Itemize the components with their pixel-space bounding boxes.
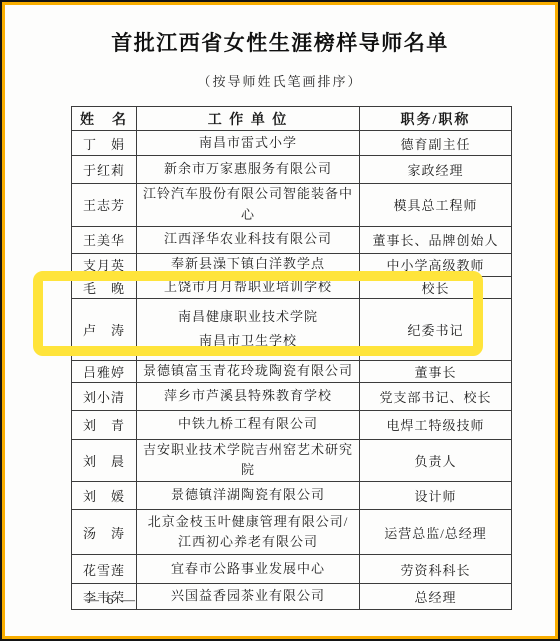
- table-row: 李韦荣 兴国益香园茶业有限公司 总经理: [72, 584, 512, 610]
- name-cell: 卢 涛: [72, 298, 137, 360]
- table-header-row: 姓 名 工 作 单 位 职务/职称: [72, 107, 512, 131]
- title-cell: 模具总工程师: [360, 184, 512, 227]
- name-cell: 刘 青: [72, 410, 137, 439]
- mentor-table: 姓 名 工 作 单 位 职务/职称 丁 娟 南昌市雷式小学 德育副主任 于红莉 …: [71, 106, 512, 610]
- title-cell: 电焊工特级技师: [360, 410, 512, 439]
- table-row: 刘 媛 景德镇洋湖陶瓷有限公司 设计师: [72, 482, 512, 510]
- unit-cell: 吉安职业技术学院吉州窑艺术研究院: [137, 439, 360, 482]
- unit-cell: 上饶市月月帮职业培训学校: [137, 276, 360, 298]
- title-cell: 党支部书记、校长: [360, 382, 512, 410]
- unit-cell: 宜春市公路事业发展中心: [137, 555, 360, 584]
- name-cell: 毛 晚: [72, 276, 137, 298]
- unit-cell: 奉新县澡下镇白洋教学点: [137, 253, 360, 276]
- unit-cell: 新余市万家惠服务有限公司: [137, 156, 360, 184]
- title-cell: 中小学高级教师: [360, 253, 512, 276]
- name-cell: 刘 媛: [72, 482, 137, 510]
- table-row-highlighted: 卢 涛 南昌健康职业技术学院 南昌市卫生学校 纪委书记: [72, 298, 512, 360]
- name-cell: 花雪莲: [72, 555, 137, 584]
- document-title: 首批江西省女性生涯榜样导师名单: [0, 27, 560, 57]
- name-cell: 刘 晨: [72, 439, 137, 482]
- title-cell: 纪委书记: [360, 298, 512, 360]
- table-row: 于红莉 新余市万家惠服务有限公司 家政经理: [72, 156, 512, 184]
- table-row: 丁 娟 南昌市雷式小学 德育副主任: [72, 131, 512, 156]
- title-cell: 董事长、品牌创始人: [360, 226, 512, 253]
- unit-cell: 中铁九桥工程有限公司: [137, 410, 360, 439]
- unit-cell: 景德镇富玉青花玲珑陶瓷有限公司: [137, 360, 360, 382]
- name-cell: 丁 娟: [72, 131, 137, 156]
- table-row: 支月英 奉新县澡下镇白洋教学点 中小学高级教师: [72, 253, 512, 276]
- table-row: 汤 涛 北京金枝玉叶健康管理有限公司/ 江西初心养老有限公司 运营总监/总经理: [72, 510, 512, 555]
- unit-cell: 萍乡市芦溪县特殊教育学校: [137, 382, 360, 410]
- title-cell: 运营总监/总经理: [360, 510, 512, 555]
- page-number: — 6 —: [85, 593, 137, 609]
- table-row: 王志芳 江铃汽车股份有限公司智能装备中心 模具总工程师: [72, 184, 512, 227]
- unit-cell: 南昌健康职业技术学院 南昌市卫生学校: [137, 298, 360, 360]
- title-cell: 董事长: [360, 360, 512, 382]
- name-cell: 支月英: [72, 253, 137, 276]
- header-work-unit: 工 作 单 位: [137, 107, 360, 131]
- table-row-partially-covered: 毛 晚 上饶市月月帮职业培训学校 校长: [72, 276, 512, 298]
- title-cell: 校长: [360, 276, 512, 298]
- title-cell: 设计师: [360, 482, 512, 510]
- unit-cell: 北京金枝玉叶健康管理有限公司/ 江西初心养老有限公司: [137, 510, 360, 555]
- table-row: 刘 晨 吉安职业技术学院吉州窑艺术研究院 负责人: [72, 439, 512, 482]
- name-cell: 刘小清: [72, 382, 137, 410]
- table-row: 吕雅婷 景德镇富玉青花玲珑陶瓷有限公司 董事长: [72, 360, 512, 382]
- title-cell: 负责人: [360, 439, 512, 482]
- unit-cell: 南昌市雷式小学: [137, 131, 360, 156]
- name-cell: 王志芳: [72, 184, 137, 227]
- table-row: 花雪莲 宜春市公路事业发展中心 劳资科科长: [72, 555, 512, 584]
- header-position: 职务/职称: [360, 107, 512, 131]
- table-row: 王美华 江西泽华农业科技有限公司 董事长、品牌创始人: [72, 226, 512, 253]
- name-cell: 于红莉: [72, 156, 137, 184]
- title-cell: 总经理: [360, 584, 512, 610]
- title-cell: 家政经理: [360, 156, 512, 184]
- title-cell: 德育副主任: [360, 131, 512, 156]
- unit-cell: 江西泽华农业科技有限公司: [137, 226, 360, 253]
- unit-cell: 景德镇洋湖陶瓷有限公司: [137, 482, 360, 510]
- name-cell: 吕雅婷: [72, 360, 137, 382]
- document-page: 首批江西省女性生涯榜样导师名单 （按导师姓氏笔画排序） 姓 名 工 作 单 位 …: [0, 0, 560, 641]
- name-cell: 王美华: [72, 226, 137, 253]
- title-cell: 劳资科科长: [360, 555, 512, 584]
- table-row: 刘 青 中铁九桥工程有限公司 电焊工特级技师: [72, 410, 512, 439]
- unit-cell: 兴国益香园茶业有限公司: [137, 584, 360, 610]
- header-name: 姓 名: [72, 107, 137, 131]
- document-subtitle: （按导师姓氏笔画排序）: [0, 71, 560, 90]
- unit-cell: 江铃汽车股份有限公司智能装备中心: [137, 184, 360, 227]
- table-row: 刘小清 萍乡市芦溪县特殊教育学校 党支部书记、校长: [72, 382, 512, 410]
- name-cell: 汤 涛: [72, 510, 137, 555]
